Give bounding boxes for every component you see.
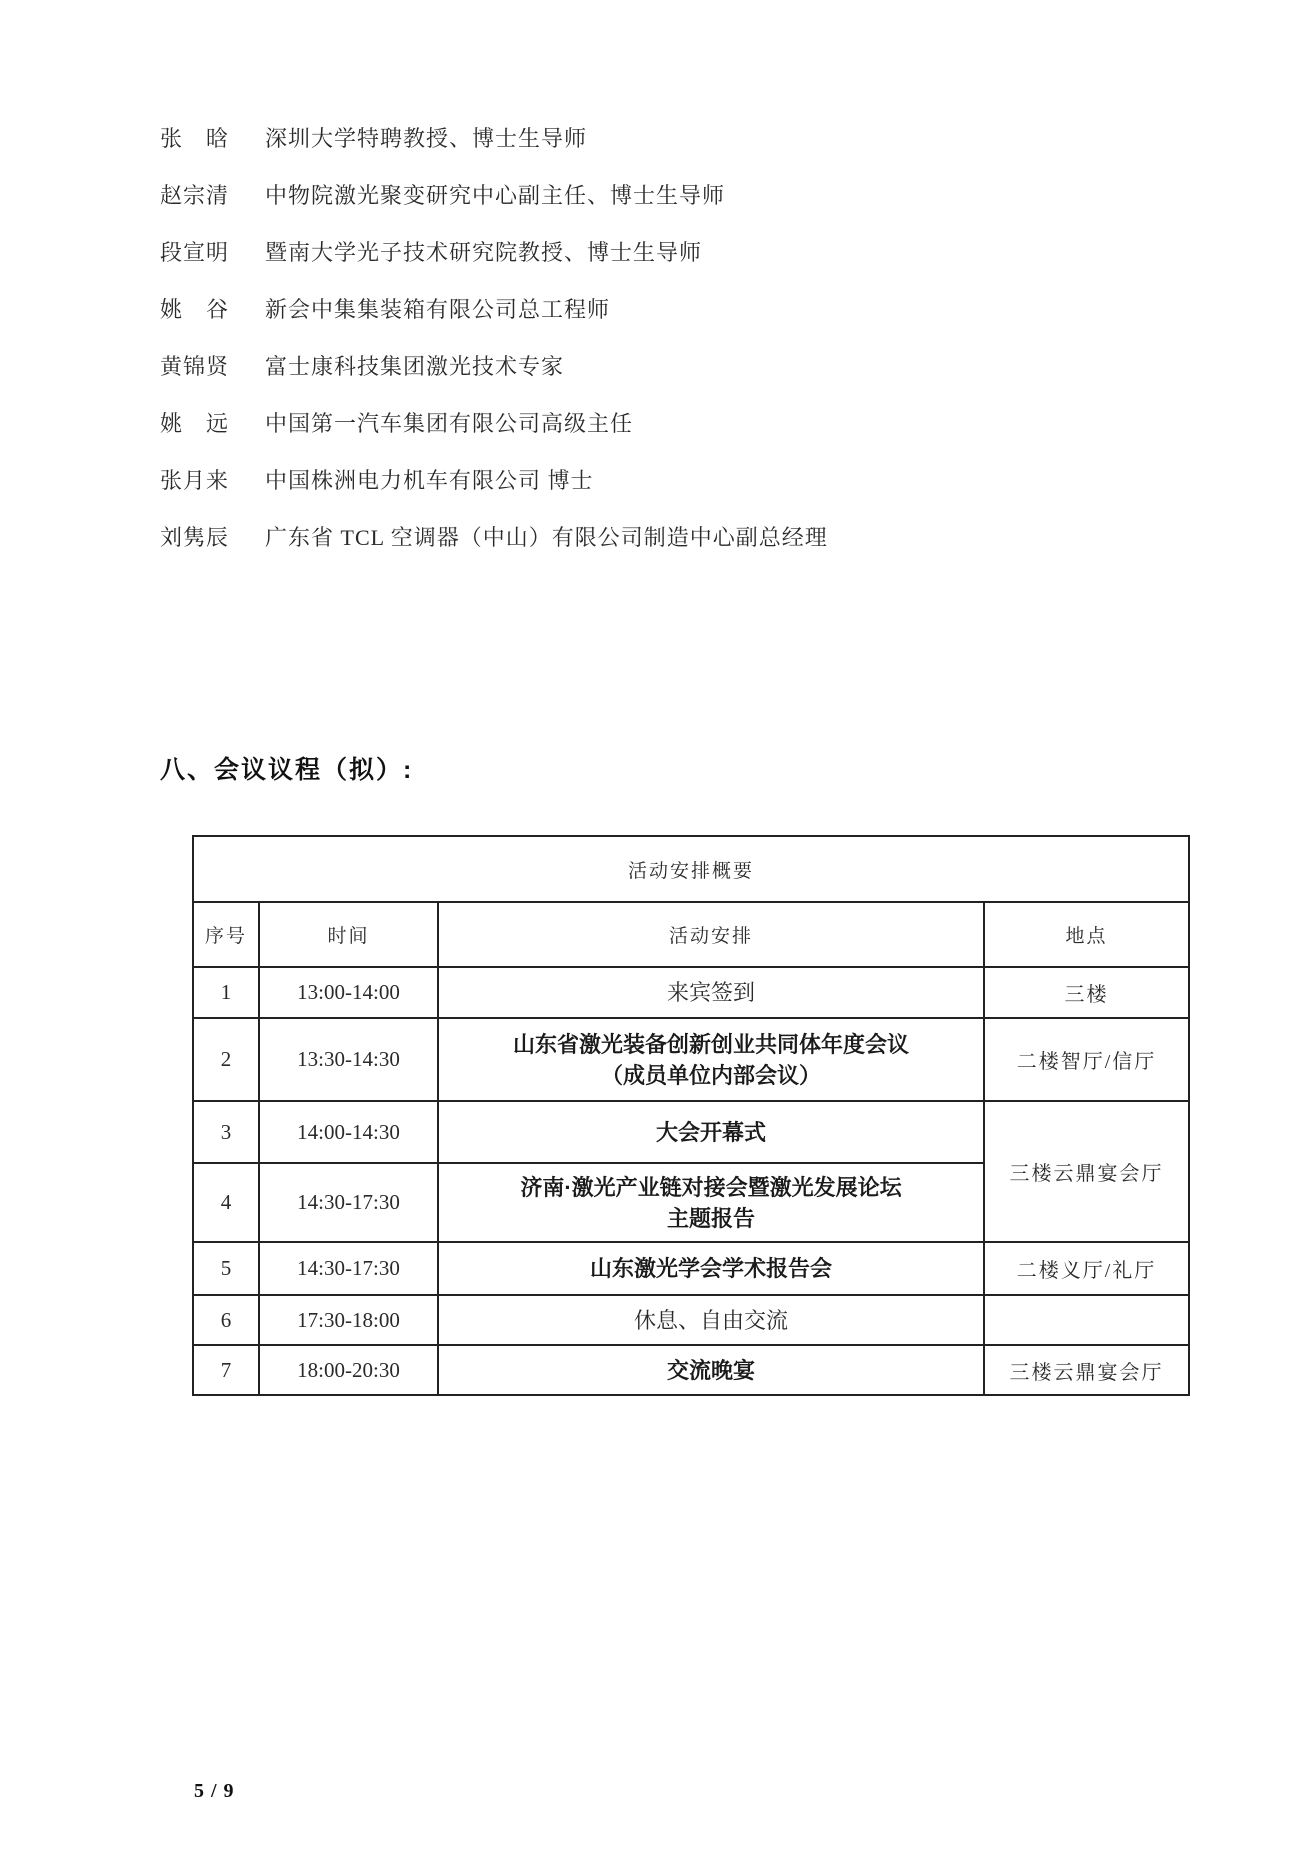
attendee-name: 姚 远 [160,395,265,452]
cell-no: 2 [193,1018,259,1101]
cell-time: 14:30-17:30 [259,1242,438,1295]
attendee-name: 张 晗 [160,110,265,167]
cell-location: 二楼义厅/礼厅 [984,1242,1189,1295]
cell-no: 4 [193,1163,259,1242]
attendee-title: 中物院激光聚变研究中心副主任、博士生导师 [265,183,725,208]
page-number: 5 / 9 [194,1780,235,1803]
cell-activity: 大会开幕式 [438,1101,984,1163]
attendee-title: 中国第一汽车集团有限公司高级主任 [265,411,633,436]
column-header-activity: 活动安排 [438,902,984,967]
attendee-name: 赵宗清 [160,167,265,224]
attendee-list: 张 晗深圳大学特聘教授、博士生导师 赵宗清中物院激光聚变研究中心副主任、博士生导… [160,110,828,566]
cell-location: 三楼 [984,967,1189,1018]
list-item: 黄锦贤富士康科技集团激光技术专家 [160,338,828,395]
table-title: 活动安排概要 [193,836,1189,902]
cell-activity: 来宾签到 [438,967,984,1018]
cell-no: 7 [193,1345,259,1395]
table-row: 7 18:00-20:30 交流晚宴 三楼云鼎宴会厅 [193,1345,1189,1395]
attendee-name: 姚 谷 [160,281,265,338]
attendee-name: 黄锦贤 [160,338,265,395]
attendee-title: 深圳大学特聘教授、博士生导师 [265,126,587,151]
cell-activity: 山东激光学会学术报告会 [438,1242,984,1295]
cell-location-merged: 三楼云鼎宴会厅 [984,1101,1189,1242]
table-row: 3 14:00-14:30 大会开幕式 三楼云鼎宴会厅 [193,1101,1189,1163]
cell-activity: 交流晚宴 [438,1345,984,1395]
attendee-name: 段宣明 [160,224,265,281]
section-heading: 八、会议议程（拟）: [160,750,413,786]
attendee-title: 新会中集集装箱有限公司总工程师 [265,297,610,322]
cell-no: 1 [193,967,259,1018]
cell-activity: 山东省激光装备创新创业共同体年度会议 （成员单位内部会议） [438,1018,984,1101]
document-page: 张 晗深圳大学特聘教授、博士生导师 赵宗清中物院激光聚变研究中心副主任、博士生导… [0,0,1315,1860]
activity-line-1: 山东省激光装备创新创业共同体年度会议 [439,1029,983,1060]
cell-location: 三楼云鼎宴会厅 [984,1345,1189,1395]
cell-no: 5 [193,1242,259,1295]
list-item: 张 晗深圳大学特聘教授、博士生导师 [160,110,828,167]
cell-time: 13:30-14:30 [259,1018,438,1101]
attendee-name: 刘隽辰 [160,509,265,566]
column-header-location: 地点 [984,902,1189,967]
table-row: 1 13:00-14:00 来宾签到 三楼 [193,967,1189,1018]
column-header-time: 时间 [259,902,438,967]
table-row: 6 17:30-18:00 休息、自由交流 [193,1295,1189,1345]
list-item: 姚 谷新会中集集装箱有限公司总工程师 [160,281,828,338]
activity-line-2: （成员单位内部会议） [439,1060,983,1091]
list-item: 姚 远中国第一汽车集团有限公司高级主任 [160,395,828,452]
cell-no: 3 [193,1101,259,1163]
attendee-name: 张月来 [160,452,265,509]
table-title-row: 活动安排概要 [193,836,1189,902]
attendee-title: 广东省 TCL 空调器（中山）有限公司制造中心副总经理 [265,525,828,550]
list-item: 刘隽辰广东省 TCL 空调器（中山）有限公司制造中心副总经理 [160,509,828,566]
column-header-no: 序号 [193,902,259,967]
list-item: 张月来中国株洲电力机车有限公司 博士 [160,452,828,509]
cell-time: 17:30-18:00 [259,1295,438,1345]
cell-time: 14:30-17:30 [259,1163,438,1242]
list-item: 段宣明暨南大学光子技术研究院教授、博士生导师 [160,224,828,281]
cell-activity: 济南·激光产业链对接会暨激光发展论坛 主题报告 [438,1163,984,1242]
cell-no: 6 [193,1295,259,1345]
cell-time: 18:00-20:30 [259,1345,438,1395]
cell-activity: 休息、自由交流 [438,1295,984,1345]
attendee-title: 中国株洲电力机车有限公司 博士 [265,468,594,493]
cell-time: 14:00-14:30 [259,1101,438,1163]
table-header-row: 序号 时间 活动安排 地点 [193,902,1189,967]
list-item: 赵宗清中物院激光聚变研究中心副主任、博士生导师 [160,167,828,224]
activity-line-2: 主题报告 [439,1203,983,1234]
cell-time: 13:00-14:00 [259,967,438,1018]
attendee-title: 暨南大学光子技术研究院教授、博士生导师 [265,240,702,265]
attendee-title: 富士康科技集团激光技术专家 [265,354,564,379]
cell-location-empty [984,1295,1189,1345]
cell-location: 二楼智厅/信厅 [984,1018,1189,1101]
activity-line-1: 济南·激光产业链对接会暨激光发展论坛 [439,1172,983,1203]
table-row: 2 13:30-14:30 山东省激光装备创新创业共同体年度会议 （成员单位内部… [193,1018,1189,1101]
agenda-table: 活动安排概要 序号 时间 活动安排 地点 1 13:00-14:00 来宾签到 … [192,835,1190,1396]
table-row: 5 14:30-17:30 山东激光学会学术报告会 二楼义厅/礼厅 [193,1242,1189,1295]
